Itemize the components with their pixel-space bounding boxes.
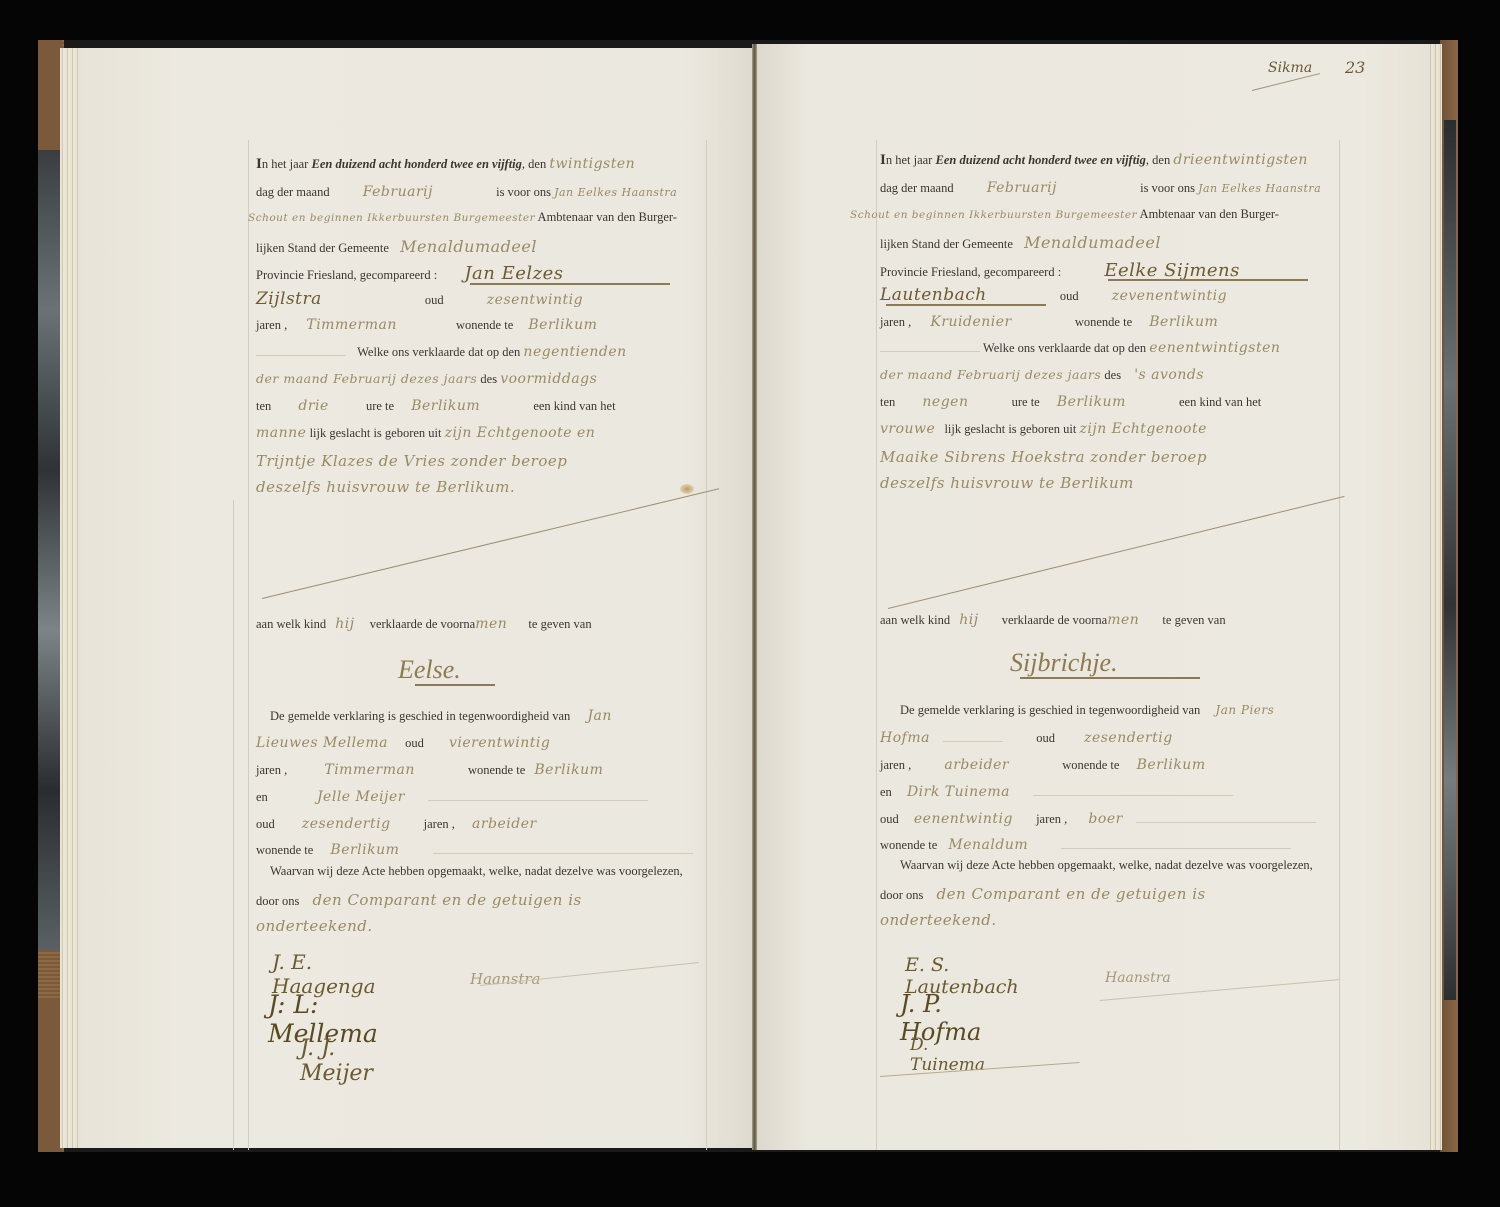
- right-line-20: wonende te Menaldum: [880, 837, 1291, 853]
- left-pronoun: hij: [335, 616, 354, 632]
- right-line-15: De gemelde verklaring is geschied in teg…: [900, 703, 1274, 718]
- left-witness-1-occupation: Timmerman: [324, 762, 414, 778]
- left-page-margin-line-outer: [233, 500, 234, 1150]
- left-birth-place: Berlikum: [411, 398, 480, 414]
- right-line-5: Provincie Friesland, gecompareerd : Eelk…: [880, 260, 1240, 281]
- right-official-1: Jan Eelkes Haanstra: [1198, 182, 1321, 195]
- left-given-name-underline: [415, 684, 495, 686]
- right-witness-2-age: eenentwintig: [914, 811, 1013, 827]
- right-witness-1-occupation: arbeider: [944, 757, 1009, 773]
- right-line-10: ten negen ure te Berlikum een kind van h…: [880, 394, 1261, 410]
- right-closing-2: onderteekend.: [880, 911, 997, 929]
- left-declarant-underline: [470, 283, 670, 285]
- right-declarant-2-underline: [886, 304, 1046, 306]
- right-line-2: dag der maand Februarij is voor ons Jan …: [880, 180, 1321, 196]
- left-page-margin-line: [248, 140, 249, 1150]
- page-stack-left: [60, 48, 80, 1148]
- right-witness-1b: Hofma: [880, 730, 930, 746]
- left-line-11: manne lijk geslacht is geboren uit zijn …: [256, 425, 595, 441]
- right-line-11: vrouwe lijk geslacht is geboren uit zijn…: [880, 421, 1207, 437]
- left-line-23: onderteekend.: [256, 917, 373, 935]
- right-birth-place: Berlikum: [1057, 394, 1126, 410]
- cloth-corner-bottom-left: [38, 1000, 62, 1150]
- right-closing-1: den Comparant en de getuigen is: [937, 885, 1206, 903]
- right-declarant-residence: Berlikum: [1149, 314, 1218, 330]
- left-birth-date-2: der maand Februarij dezes jaars: [256, 371, 477, 386]
- left-line-8: Welke ons verklaarde dat op den negentie…: [256, 344, 627, 360]
- right-given-name-underline: [1020, 677, 1200, 679]
- right-municipality: Menaldumadeel: [1024, 233, 1161, 252]
- right-line-4: lijken Stand der Gemeente Menaldumadeel: [880, 233, 1161, 252]
- right-declarant-1: Eelke Sijmens: [1104, 260, 1240, 281]
- folio-number: 23: [1345, 58, 1365, 77]
- cloth-corner-top-left: [38, 40, 62, 160]
- right-official-2: Schout en beginnen Ikkerbuursten Burgeme…: [850, 209, 1137, 221]
- marbled-board-left: [38, 150, 60, 950]
- left-line-20: wonende te Berlikum: [256, 842, 693, 858]
- right-given-name: Sijbrichje.: [1010, 648, 1118, 678]
- right-line-19: oud eenentwintig jaren , boer: [880, 811, 1316, 827]
- right-page-margin-line: [876, 140, 877, 1150]
- left-parents-3: deszelfs huisvrouw te Berlikum.: [256, 478, 515, 496]
- right-witness-2: Dirk Tuinema: [907, 784, 1010, 800]
- left-witness-2-residence: Berlikum: [330, 842, 399, 858]
- page-stack-right: [1428, 44, 1442, 1150]
- left-witness-1a: Jan: [587, 708, 611, 724]
- right-declarant-underline: [1108, 279, 1308, 281]
- left-parents-1: zijn Echtgenoote en: [445, 425, 596, 441]
- left-line-4: lijken Stand der Gemeente Menaldumadeel: [256, 237, 537, 256]
- left-line-22: door ons den Comparant en de getuigen is: [256, 891, 582, 909]
- left-official-1: Jan Eelkes Haanstra: [554, 186, 677, 199]
- left-line-21: Waarvan wij deze Acte hebben opgemaakt, …: [270, 864, 683, 879]
- left-line-3: Schout en beginnen Ikkerbuursten Burgeme…: [248, 210, 677, 225]
- left-line-13: deszelfs huisvrouw te Berlikum.: [256, 478, 515, 496]
- left-page-margin-line-right: [706, 140, 707, 1150]
- right-declarant-age: zevenentwintig: [1112, 288, 1227, 304]
- right-line-8: Welke ons verklaarde dat op den eenentwi…: [880, 340, 1280, 356]
- right-line-12: Maaike Sibrens Hoekstra zonder beroep: [880, 448, 1207, 466]
- right-line-22: door ons den Comparant en de getuigen is: [880, 885, 1206, 903]
- book-gutter: [752, 44, 757, 1150]
- right-birth-time: 's avonds: [1134, 367, 1204, 383]
- left-line-15: De gemelde verklaring is geschied in teg…: [270, 708, 612, 724]
- right-line-7: jaren , Kruidenier wonende te Berlikum: [880, 314, 1218, 330]
- left-line-7: jaren , Timmerman wonende te Berlikum: [256, 317, 597, 333]
- right-pronoun: hij: [959, 612, 978, 628]
- right-declarant-2: Lautenbach: [880, 285, 987, 305]
- left-line-18: en Jelle Meijer: [256, 789, 648, 805]
- left-witness-2: Jelle Meijer: [317, 789, 405, 805]
- right-line-21: Waarvan wij deze Acte hebben opgemaakt, …: [900, 858, 1313, 873]
- left-line-19: oud zesendertig jaren , arbeider: [256, 816, 537, 832]
- left-line-6: Zijlstra oud zesentwintig: [256, 289, 583, 309]
- left-declarant-residence: Berlikum: [528, 317, 597, 333]
- left-line-2: dag der maand Februarij is voor ons Jan …: [256, 184, 677, 200]
- right-birth-date-1: eenentwintigsten: [1149, 340, 1280, 356]
- marbled-board-right: [1444, 120, 1456, 1000]
- left-day: twintigsten: [549, 156, 635, 172]
- left-declarant-age: zesentwintig: [487, 292, 583, 308]
- left-witness-1-residence: Berlikum: [534, 762, 603, 778]
- right-name-suffix: men: [1107, 612, 1139, 628]
- left-line-17: jaren , Timmerman wonende te Berlikum: [256, 762, 603, 778]
- left-witness-2-occupation: arbeider: [472, 816, 537, 832]
- left-signature-3: J. J. Meijer: [300, 1036, 373, 1086]
- right-birth-hour: negen: [922, 394, 968, 410]
- left-municipality: Menaldumadeel: [400, 237, 537, 256]
- left-closing-1: den Comparant en de getuigen is: [313, 891, 582, 909]
- left-parents-2: Trijntje Klazes de Vries zonder beroep: [256, 452, 567, 470]
- right-page-margin-line-right: [1339, 140, 1340, 1150]
- right-birth-date-2: der maand Februarij dezes jaars: [880, 367, 1101, 382]
- left-official-2: Schout en beginnen Ikkerbuursten Burgeme…: [248, 212, 535, 224]
- right-witness-2-residence: Menaldum: [948, 837, 1028, 853]
- right-witness-1a: Jan Piers: [1215, 703, 1274, 717]
- right-official-signature: Haanstra: [1105, 970, 1171, 986]
- right-line-6: Lautenbach oud zevenentwintig: [880, 285, 1227, 305]
- right-parents-3: deszelfs huisvrouw te Berlikum: [880, 474, 1134, 492]
- left-line-10: ten drie ure te Berlikum een kind van he…: [256, 398, 616, 414]
- left-name-suffix: men: [475, 616, 507, 632]
- left-birth-time: voormiddags: [500, 371, 597, 387]
- left-declarant-1: Jan Eelzes: [464, 263, 563, 284]
- right-day: drieentwintigsten: [1173, 152, 1308, 168]
- right-line-13: deszelfs huisvrouw te Berlikum: [880, 474, 1134, 492]
- right-month: Februarij: [987, 180, 1057, 196]
- right-witness-1-residence: Berlikum: [1137, 757, 1206, 773]
- right-line-9: der maand Februarij dezes jaars des 's a…: [880, 367, 1204, 383]
- left-witness-1-age: vierentwintig: [449, 735, 550, 751]
- left-given-name: Eelse.: [398, 655, 461, 685]
- left-child-sex: manne: [256, 425, 306, 441]
- right-line-23: onderteekend.: [880, 911, 997, 929]
- left-line-9: der maand Februarij dezes jaars des voor…: [256, 371, 597, 387]
- left-month: Februarij: [363, 184, 433, 200]
- right-child-sex: vrouwe: [880, 421, 935, 437]
- left-line-5: Provincie Friesland, gecompareerd : Jan …: [256, 263, 564, 284]
- right-parents-2: Maaike Sibrens Hoekstra zonder beroep: [880, 448, 1207, 466]
- ink-stain: [680, 484, 694, 494]
- left-line-1: In het jaar Een duizend acht honderd twe…: [256, 156, 635, 173]
- right-witness-2-occupation: boer: [1088, 811, 1122, 827]
- left-line-12: Trijntje Klazes de Vries zonder beroep: [256, 452, 567, 470]
- right-line-14: aan welk kind hij verklaarde de voorname…: [880, 612, 1226, 628]
- right-line-18: en Dirk Tuinema: [880, 784, 1233, 800]
- right-declarant-occupation: Kruidenier: [930, 314, 1011, 330]
- left-declarant-occupation: Timmerman: [306, 317, 396, 333]
- left-line-14: aan welk kind hij verklaarde de voorname…: [256, 616, 592, 632]
- right-witness-1-age: zesendertig: [1084, 730, 1173, 746]
- right-line-17: jaren , arbeider wonende te Berlikum: [880, 757, 1206, 773]
- left-birth-hour: drie: [298, 398, 328, 414]
- right-parents-1: zijn Echtgenoote: [1080, 421, 1207, 437]
- right-line-1: In het jaar Een duizend acht honderd twe…: [880, 152, 1308, 169]
- left-witness-1b: Lieuwes Mellema: [256, 735, 388, 751]
- folio-annotation: Sikma: [1268, 60, 1312, 76]
- right-line-3: Schout en beginnen Ikkerbuursten Burgeme…: [850, 207, 1279, 222]
- left-birth-date-1: negentienden: [523, 344, 626, 360]
- left-closing-2: onderteekend.: [256, 917, 373, 935]
- left-witness-2-age: zesendertig: [302, 816, 391, 832]
- left-line-16: Lieuwes Mellema oud vierentwintig: [256, 735, 550, 751]
- left-declarant-2: Zijlstra: [256, 289, 322, 309]
- right-line-16: Hofma oud zesendertig: [880, 730, 1173, 746]
